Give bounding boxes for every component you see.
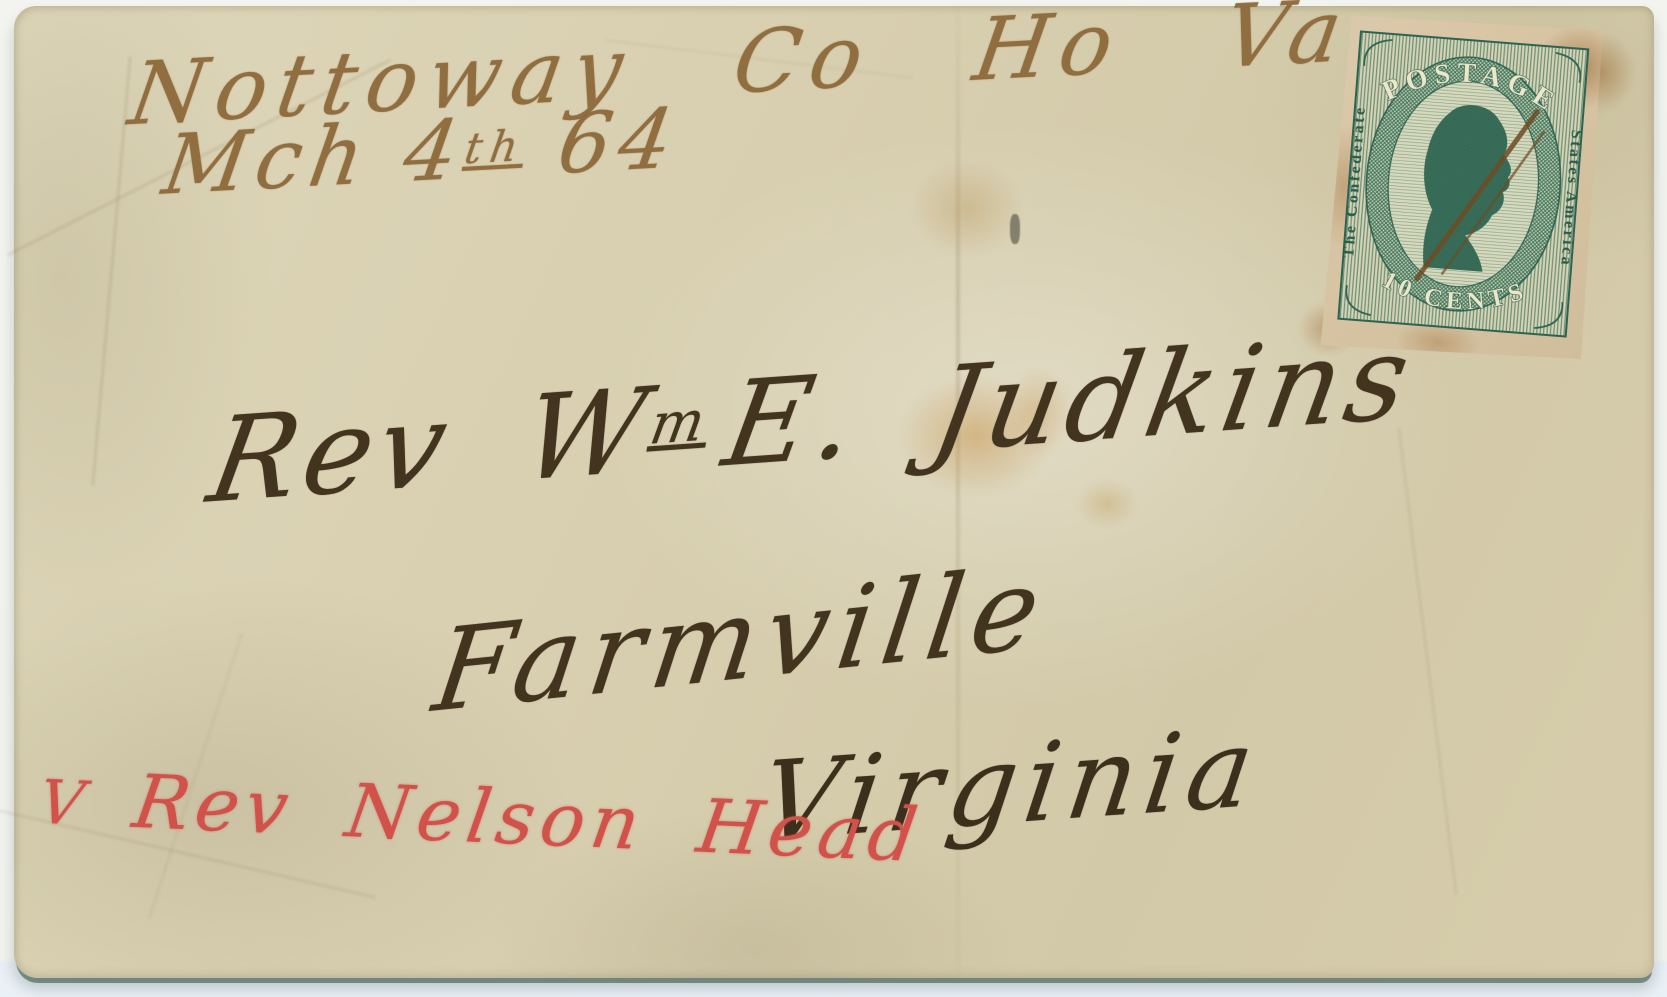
docket-checkmark: V <box>34 768 94 840</box>
date-year: 64 <box>552 91 687 193</box>
stamp-graphic: POSTAGE 10 CENTS The Confederate States … <box>1319 10 1607 366</box>
date-inscription: Mch 4th64 <box>158 98 686 208</box>
ink-stain <box>892 144 1042 274</box>
address-name-prefix: Rev W <box>199 362 662 530</box>
ink-stain <box>1066 472 1148 536</box>
crease <box>1397 428 1457 895</box>
postage-stamp: POSTAGE 10 CENTS The Confederate States … <box>1319 10 1607 366</box>
address-name-superscript: m <box>645 388 715 458</box>
envelope: Nottoway Co Ho Va Mch 4th64 Rev WmE. Jud… <box>14 6 1654 978</box>
address-line-name: Rev WmE. Judkins <box>201 319 1423 521</box>
date-prefix: Mch 4 <box>157 102 473 214</box>
address-line-city: Farmville <box>428 551 1055 730</box>
ink-speck <box>1010 214 1020 244</box>
date-superscript: th <box>461 121 530 175</box>
address-name-suffix: E. Judkins <box>715 309 1425 494</box>
